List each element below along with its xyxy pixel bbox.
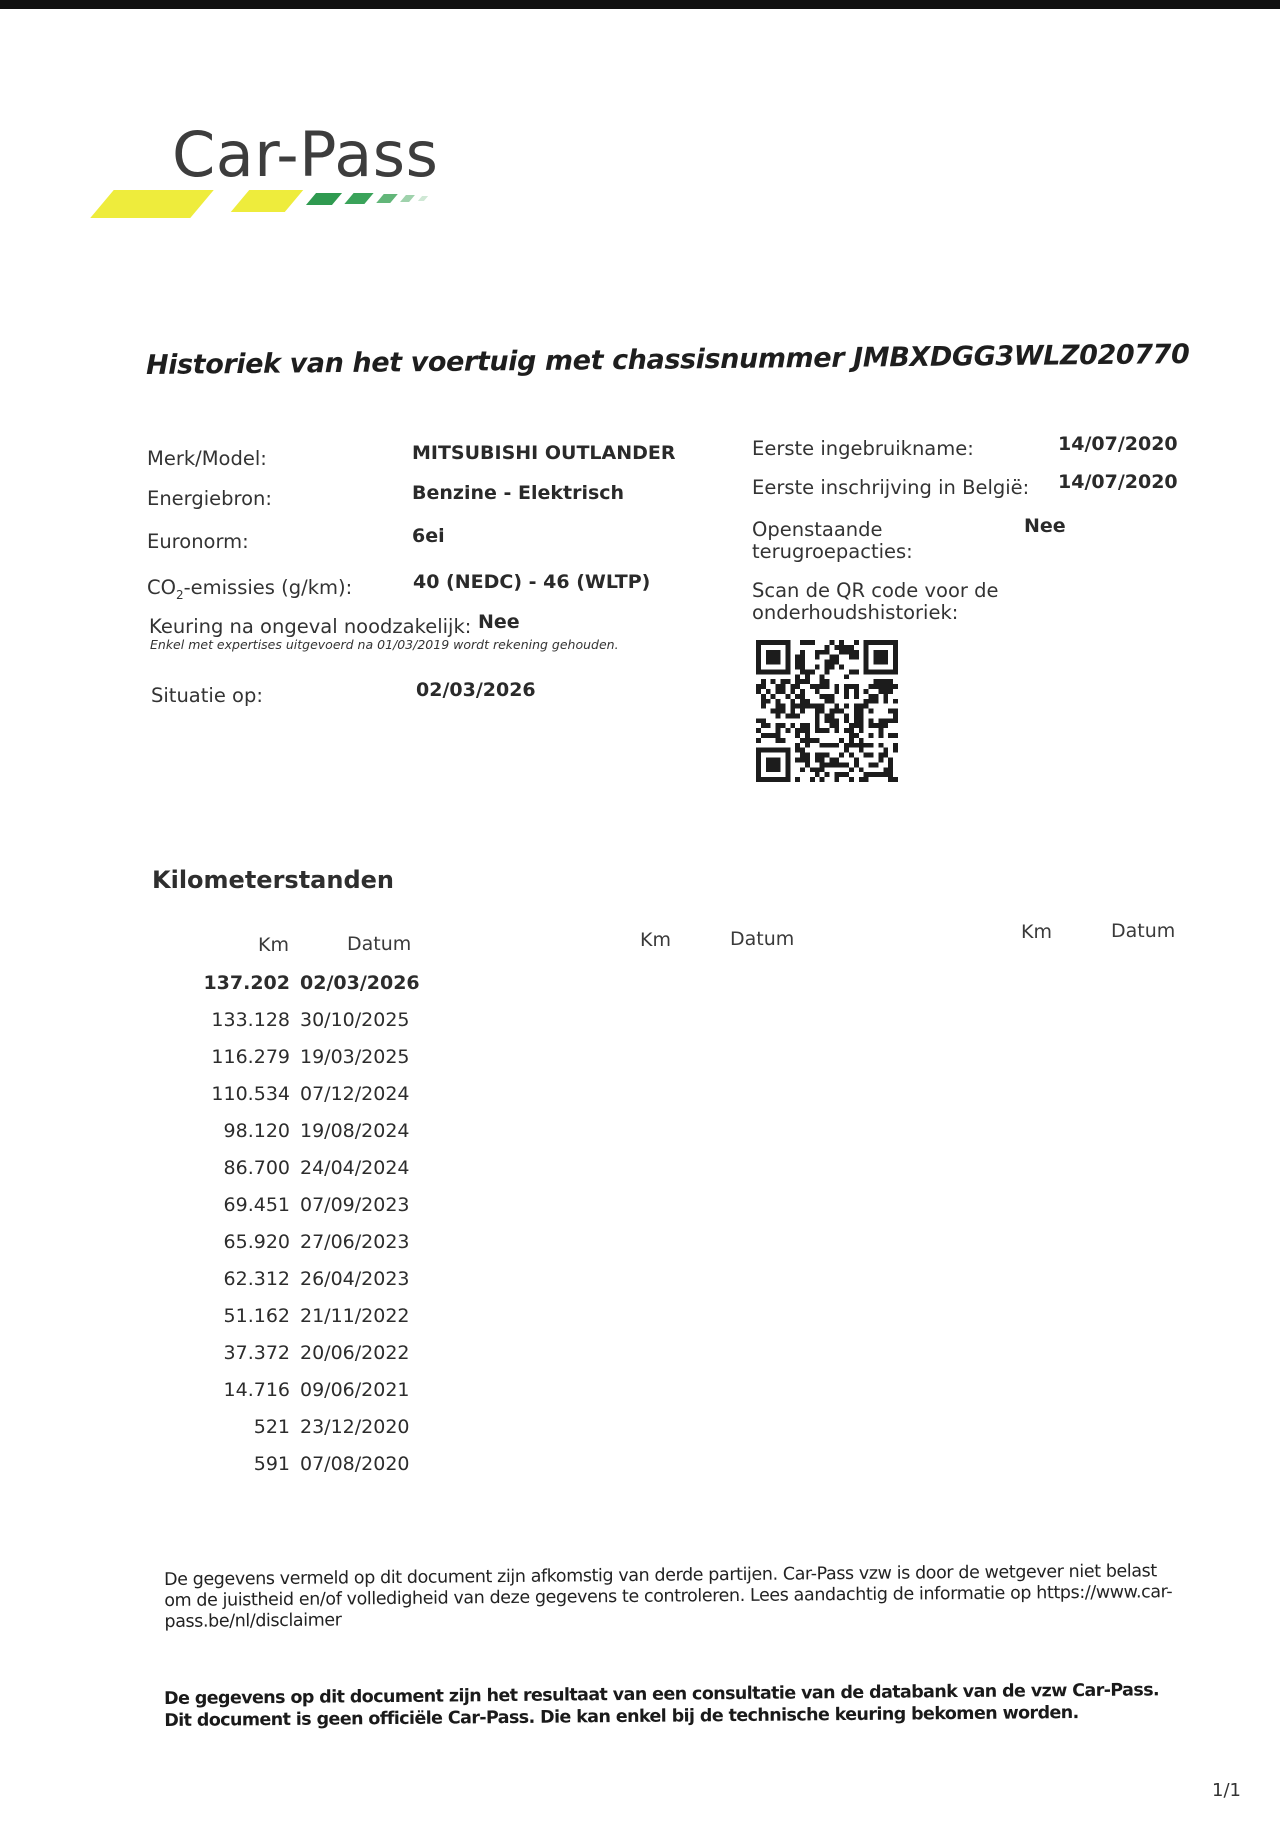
mileage-date: 26/04/2023 <box>300 1268 410 1290</box>
col1-km-header: Km <box>258 934 289 956</box>
scan-top-edge <box>0 0 1280 9</box>
inspection-after-accident-value: Nee <box>478 611 520 633</box>
first-use-value: 14/07/2020 <box>1058 433 1178 455</box>
table-row: 98.12019/08/2024 <box>150 1120 430 1150</box>
table-row: 14.71609/06/2021 <box>150 1379 430 1409</box>
table-row: 52123/12/2020 <box>150 1416 430 1446</box>
table-row: 133.12830/10/2025 <box>150 1009 430 1039</box>
inspection-note: Enkel met expertises uitgevoerd na 01/03… <box>150 637 619 652</box>
qr-code-icon <box>756 638 898 784</box>
mileage-date: 19/03/2025 <box>300 1046 410 1068</box>
energy-source-value: Benzine - Elektrisch <box>412 482 624 504</box>
mileage-date: 20/06/2022 <box>300 1342 410 1364</box>
mileage-km: 110.534 <box>211 1083 290 1105</box>
open-recalls-value: Nee <box>1024 515 1066 537</box>
disclaimer-text: De gegevens vermeld op dit document zijn… <box>164 1561 1185 1633</box>
mileage-km: 65.920 <box>224 1231 290 1253</box>
co2-label: CO2-emissies (g/km): <box>147 576 352 602</box>
logo-stripe-green-5 <box>418 196 428 201</box>
mileage-km: 137.202 <box>203 972 290 994</box>
mileage-km: 133.128 <box>211 1009 290 1031</box>
brand-model-label: Merk/Model: <box>147 447 267 470</box>
mileage-date: 07/09/2023 <box>300 1194 410 1216</box>
mileage-km: 62.312 <box>224 1268 290 1290</box>
co2-label-prefix: CO <box>147 576 176 599</box>
mileage-date: 09/06/2021 <box>300 1379 410 1401</box>
inspection-after-accident-label: Keuring na ongeval noodzakelijk: <box>149 615 471 638</box>
table-row: 137.20202/03/2026 <box>150 972 430 1002</box>
col2-date-header: Datum <box>730 928 794 950</box>
brand-model-value: MITSUBISHI OUTLANDER <box>412 442 676 464</box>
qr-label: Scan de QR code voor de onderhoudshistor… <box>752 580 1002 624</box>
col3-date-header: Datum <box>1111 920 1175 942</box>
official-notice-text: De gegevens op dit document zijn het res… <box>164 1679 1184 1732</box>
mileage-date: 07/12/2024 <box>300 1083 410 1105</box>
mileage-date: 30/10/2025 <box>300 1009 410 1031</box>
energy-source-label: Energiebron: <box>147 487 272 510</box>
table-row: 51.16221/11/2022 <box>150 1305 430 1335</box>
situation-label: Situatie op: <box>151 684 263 707</box>
col3-km-header: Km <box>1021 921 1052 943</box>
logo-stripe-yellow-1 <box>90 190 213 218</box>
mileage-km: 51.162 <box>224 1305 290 1327</box>
col2-km-header: Km <box>640 929 671 951</box>
situation-value: 02/03/2026 <box>416 679 536 701</box>
mileage-date: 02/03/2026 <box>300 972 420 994</box>
co2-value: 40 (NEDC) - 46 (WLTP) <box>413 571 650 593</box>
euronorm-value: 6ei <box>412 525 445 547</box>
mileage-km: 591 <box>254 1453 290 1475</box>
mileage-km: 37.372 <box>224 1342 290 1364</box>
table-row: 110.53407/12/2024 <box>150 1083 430 1113</box>
first-registration-label: Eerste inschrijving in België: <box>752 476 1029 499</box>
mileage-km: 69.451 <box>224 1194 290 1216</box>
mileage-date: 24/04/2024 <box>300 1157 410 1179</box>
col1-date-header: Datum <box>347 933 411 955</box>
mileage-date: 19/08/2024 <box>300 1120 410 1142</box>
logo-stripe-green-2 <box>344 193 373 204</box>
mileage-date: 23/12/2020 <box>300 1416 410 1438</box>
document-title: Historiek van het voertuig met chassisnu… <box>146 339 1190 381</box>
table-row: 59107/08/2020 <box>150 1453 430 1483</box>
mileage-km: 86.700 <box>224 1157 290 1179</box>
mileage-km: 14.716 <box>224 1379 290 1401</box>
first-registration-value: 14/07/2020 <box>1058 471 1178 493</box>
table-row: 86.70024/04/2024 <box>150 1157 430 1187</box>
co2-label-subscript: 2 <box>176 588 184 602</box>
maintenance-history-qr-code[interactable] <box>756 638 898 784</box>
table-row: 62.31226/04/2023 <box>150 1268 430 1298</box>
table-row: 65.92027/06/2023 <box>150 1231 430 1261</box>
co2-label-suffix: -emissies (g/km): <box>184 576 353 599</box>
mileage-date: 21/11/2022 <box>300 1305 410 1327</box>
euronorm-label: Euronorm: <box>147 530 249 553</box>
table-row: 116.27919/03/2025 <box>150 1046 430 1076</box>
table-row: 37.37220/06/2022 <box>150 1342 430 1372</box>
first-use-label: Eerste ingebruikname: <box>752 437 974 460</box>
logo-stripe-green-1 <box>306 193 342 205</box>
logo-stripe-yellow-2 <box>231 190 303 212</box>
open-recalls-label: Openstaande terugroepacties: <box>752 519 952 563</box>
logo-stripe-green-3 <box>376 194 398 203</box>
mileage-km: 521 <box>254 1416 290 1438</box>
mileage-km: 116.279 <box>211 1046 290 1068</box>
mileage-heading: Kilometerstanden <box>152 866 394 894</box>
mileage-date: 27/06/2023 <box>300 1231 410 1253</box>
table-row: 69.45107/09/2023 <box>150 1194 430 1224</box>
logo-stripe-green-4 <box>400 195 415 202</box>
mileage-km: 98.120 <box>224 1120 290 1142</box>
page-number: 1/1 <box>1212 1780 1241 1801</box>
mileage-date: 07/08/2020 <box>300 1453 410 1475</box>
logo-text: Car-Pass <box>172 118 438 191</box>
